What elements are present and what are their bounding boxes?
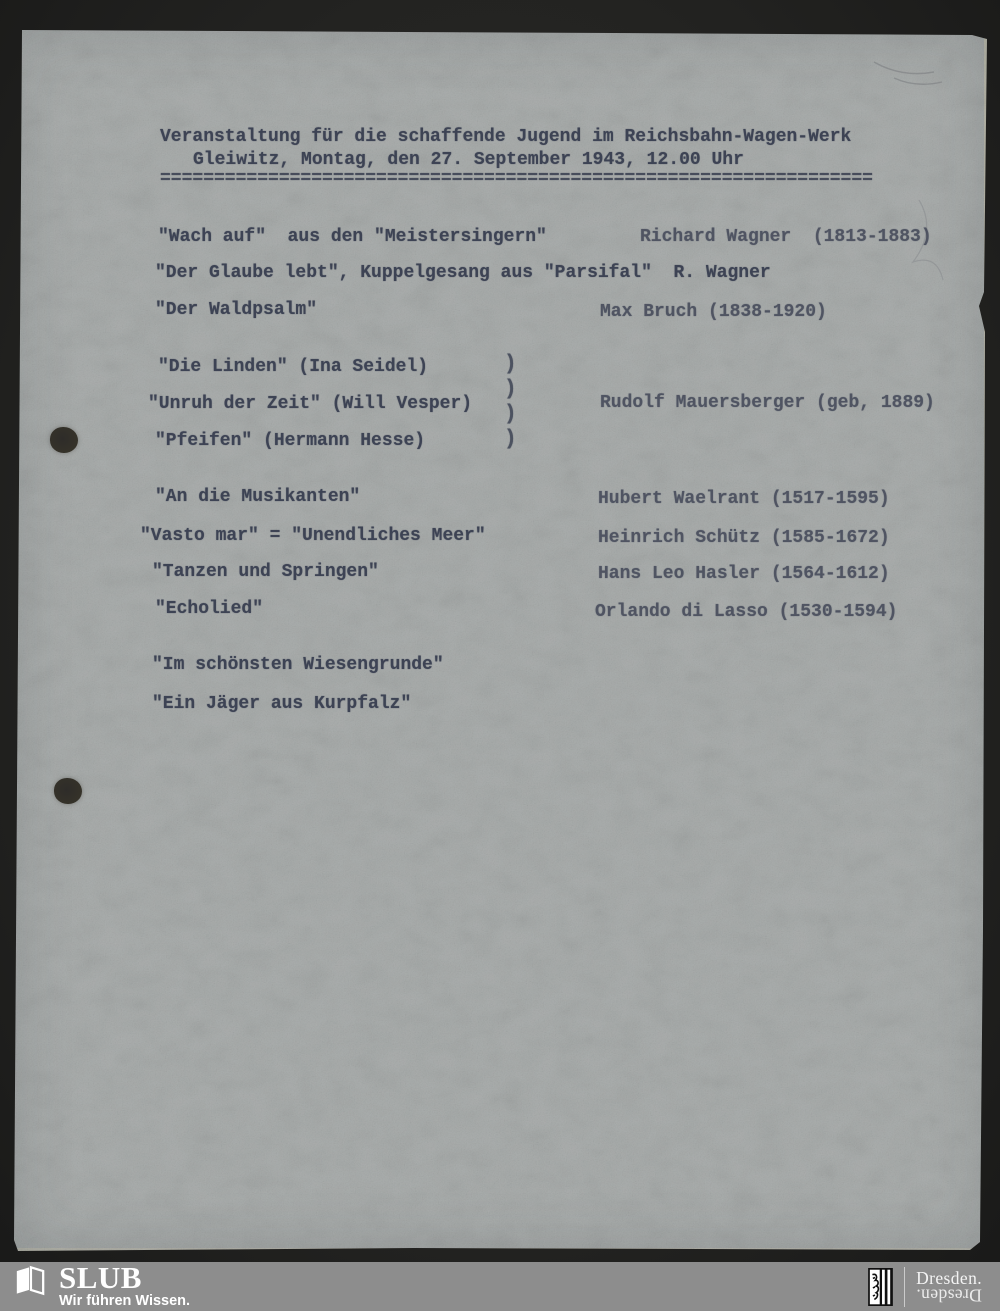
dresden-coat-of-arms-icon (868, 1268, 893, 1306)
scan-viewer-background: Veranstaltung für die schaffende Jugend … (0, 0, 1000, 1311)
dresden-wordmark-mirrored: Dresden. (916, 1287, 982, 1303)
slub-tagline: Wir führen Wissen. (59, 1293, 190, 1310)
punch-hole-top (50, 427, 78, 453)
punch-hole-bottom (54, 778, 82, 804)
slub-wordmark: SLUB (59, 1264, 190, 1292)
footer-divider (904, 1267, 905, 1307)
scanned-document-page (14, 30, 988, 1251)
library-footer-bar: SLUB Wir führen Wissen. Dresden. Dresden… (0, 1262, 1000, 1311)
dresden-wordmark: Dresden. (916, 1271, 982, 1287)
open-book-icon (14, 1264, 46, 1297)
paper-texture-overlay (14, 30, 988, 1251)
slub-logo[interactable]: SLUB Wir führen Wissen. (14, 1264, 190, 1310)
dresden-logo[interactable]: Dresden. Dresden. (868, 1267, 982, 1307)
